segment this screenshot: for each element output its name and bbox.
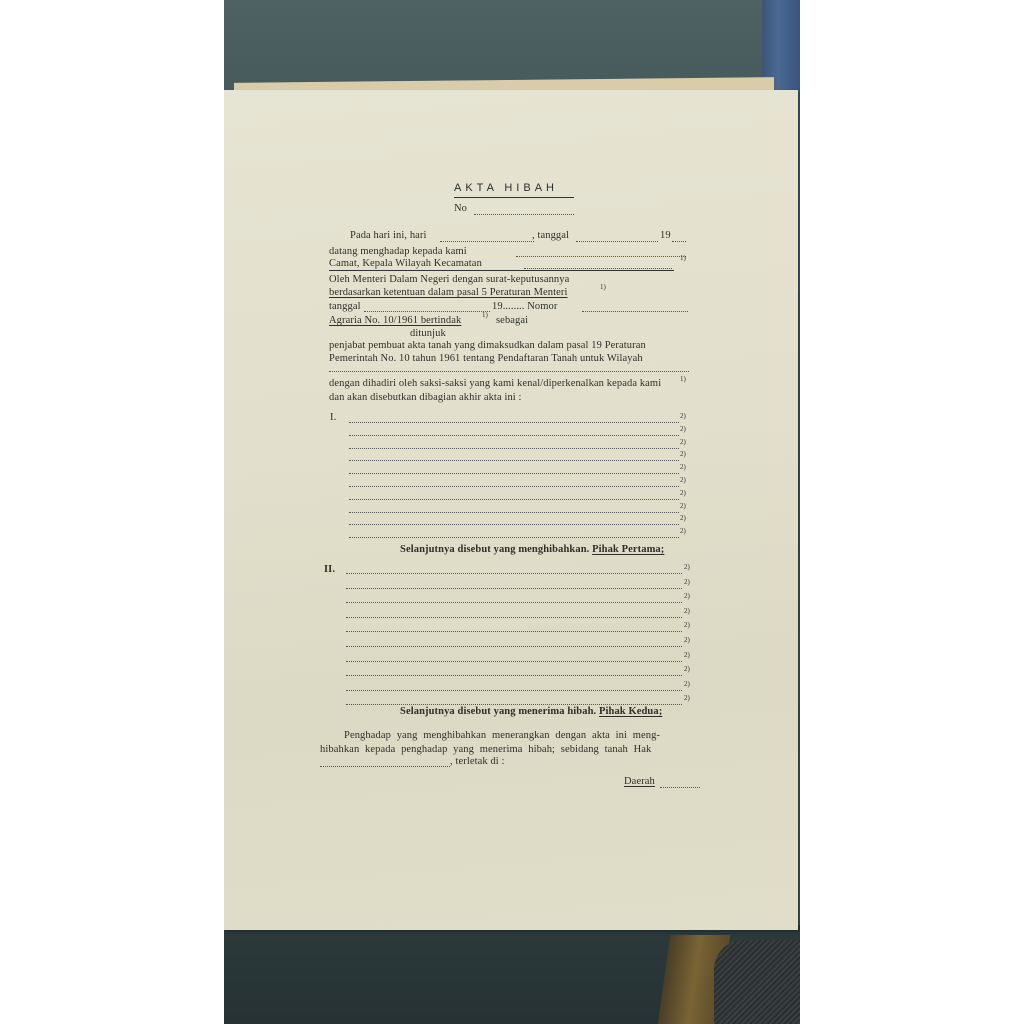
footnote-marker: 2) (680, 502, 686, 510)
party-two-closing: Selanjutnya disebut yang menerima hibah.… (400, 706, 662, 717)
intro-day-label: Pada hari ini, hari (350, 230, 427, 241)
daerah-label: Daerah (624, 776, 655, 787)
footnote-marker: 2) (680, 489, 686, 497)
intro-year-label: 19 (660, 230, 671, 241)
footnote-marker: 2) (684, 665, 690, 673)
intro-line-7-suffix: sebagai (496, 315, 528, 326)
intro-line-9: penjabat pembuat akta tanah yang dimaksu… (329, 340, 646, 351)
intro-line-8: ditunjuk (410, 328, 446, 339)
party-one-row[interactable] (349, 473, 679, 474)
number-label: No (454, 203, 467, 214)
footnote-marker: 2) (680, 476, 686, 484)
intro-line-5: berdasarkan ketentuan dalam pasal 5 Pera… (329, 287, 568, 298)
year-field[interactable] (672, 241, 686, 242)
party-two-row[interactable] (346, 646, 682, 647)
party-one-row[interactable] (349, 512, 679, 513)
party-two-row[interactable] (346, 661, 682, 662)
dark-cloth (714, 940, 800, 1024)
intro-line-4: Oleh Menteri Dalam Negeri dengan surat-k… (329, 274, 569, 285)
party-one-row[interactable] (349, 524, 679, 525)
number-field[interactable] (474, 214, 574, 215)
party-one-row[interactable] (349, 460, 679, 461)
day-field[interactable] (440, 241, 534, 242)
party-one-row[interactable] (349, 435, 679, 436)
statement-line-1: Penghadap yang menghibahkan menerangkan … (344, 730, 660, 741)
party-two-row[interactable] (346, 588, 682, 589)
footnote-marker: 2) (684, 636, 690, 644)
footnote-marker: 2) (680, 450, 686, 458)
form-title: AKTA HIBAH (454, 182, 558, 194)
underline-camat (329, 270, 674, 271)
decree-date-field[interactable] (364, 311, 490, 312)
party-two-closing-text: Selanjutnya disebut yang menerima hibah. (400, 706, 596, 717)
party-one-row[interactable] (349, 499, 679, 500)
party-two-row[interactable] (346, 690, 682, 691)
footnote-marker: 2) (684, 651, 690, 659)
land-right-field[interactable] (320, 766, 450, 767)
party-two-row[interactable] (346, 573, 682, 574)
party-two-row[interactable] (346, 631, 682, 632)
intro-date-label: , tanggal (532, 230, 569, 241)
footnote-marker: 2) (680, 412, 686, 420)
footnote-marker: 1) (680, 254, 686, 262)
title-underline (454, 197, 574, 198)
intro-nomor-label: 19........ Nomor (492, 301, 557, 312)
footnote-marker: 2) (680, 438, 686, 446)
footnote-marker: 1) (600, 283, 606, 291)
footnote-marker: 2) (680, 463, 686, 471)
intro-line-10: Pemerintah No. 10 tahun 1961 tentang Pen… (329, 353, 643, 364)
appearer-field[interactable] (516, 256, 686, 257)
party-one-label: Pihak Pertama; (592, 544, 664, 555)
statement-line-3: , terletak di : (450, 756, 505, 767)
party-one-row[interactable] (349, 537, 679, 538)
kecamatan-field[interactable] (524, 268, 672, 269)
footnote-marker: 2) (684, 592, 690, 600)
akta-hibah-form: AKTA HIBAH No Pada hari ini, hari , tang… (224, 90, 798, 930)
intro-line-3: Camat, Kepala Wilayah Kecamatan (329, 258, 482, 269)
footnote-marker: 2) (684, 680, 690, 688)
party-one-closing-text: Selanjutnya disebut yang menghibahkan. (400, 544, 589, 555)
document-photo: AKTA HIBAH No Pada hari ini, hari , tang… (224, 0, 800, 1024)
party-one-row[interactable] (349, 486, 679, 487)
decree-number-field[interactable] (582, 311, 688, 312)
footnote-marker: 1) (482, 311, 488, 319)
intro-line-2: datang menghadap kepada kami (329, 246, 467, 257)
party-two-row[interactable] (346, 675, 682, 676)
region-field[interactable] (329, 371, 689, 372)
statement-line-2: hibahkan kepada penghadap yang menerima … (320, 744, 651, 755)
daerah-field[interactable] (660, 787, 700, 788)
footnote-marker: 2) (680, 425, 686, 433)
date-field[interactable] (576, 241, 658, 242)
party-two-label: Pihak Kedua; (599, 706, 662, 717)
footnote-marker: 1) (680, 375, 686, 383)
footnote-marker: 2) (684, 621, 690, 629)
footnote-marker: 2) (684, 563, 690, 571)
party-one-row[interactable] (349, 422, 679, 423)
party-two-row[interactable] (346, 617, 682, 618)
party-two-row[interactable] (346, 602, 682, 603)
intro-line-7: Agraria No. 10/1961 bertindak (329, 315, 461, 326)
footnote-marker: 2) (684, 607, 690, 615)
footnote-marker: 2) (684, 578, 690, 586)
party-one-row[interactable] (349, 448, 679, 449)
footnote-marker: 2) (680, 527, 686, 535)
party-one-numeral: I. (330, 412, 336, 423)
intro-line-12: dan akan disebutkan dibagian akhir akta … (329, 392, 522, 403)
intro-line-11: dengan dihadiri oleh saksi-saksi yang ka… (329, 378, 661, 389)
footnote-marker: 2) (684, 694, 690, 702)
intro-tanggal-label: tanggal (329, 301, 361, 312)
party-two-numeral: II. (324, 564, 335, 575)
footnote-marker: 2) (680, 514, 686, 522)
party-one-closing: Selanjutnya disebut yang menghibahkan. P… (400, 544, 664, 555)
